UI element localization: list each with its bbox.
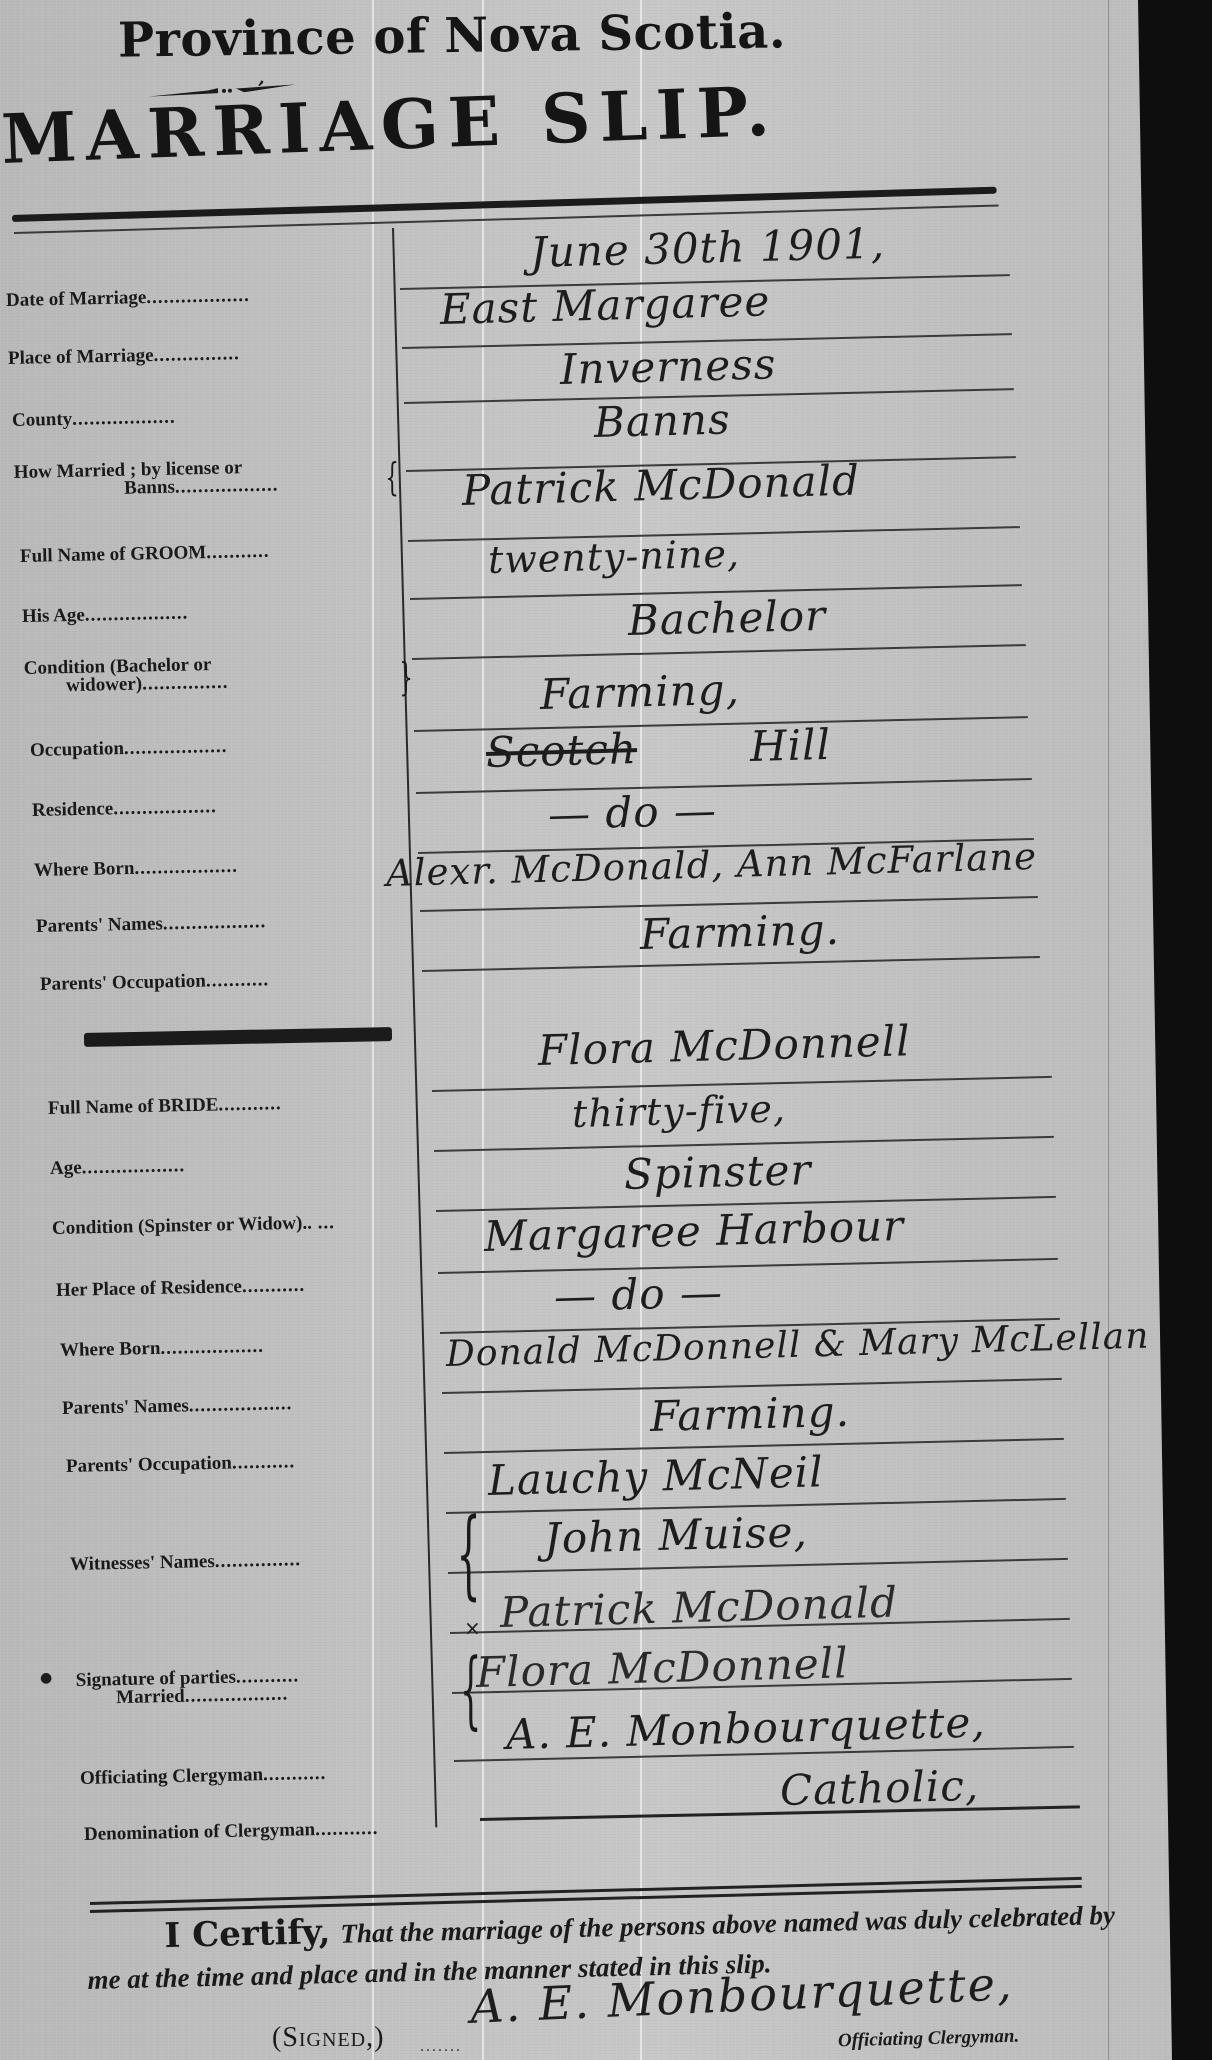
entry-rule: [438, 1258, 1058, 1274]
entry-bride-condition: Spinster: [623, 1145, 812, 1199]
label-bride-parents-occupation: Parents' Occupation...........: [66, 1453, 295, 1476]
signed-label: (Signed,): [272, 2022, 384, 2054]
entry-rule: [412, 644, 1026, 660]
label-how-married: How Married ; by license orBanns........…: [14, 458, 279, 500]
entry-groom-residence: Hill: [749, 720, 831, 771]
document-title: MARRIAGE SLIP.: [0, 72, 780, 180]
entry-witness-1: Lauchy McNeil: [487, 1447, 824, 1505]
signature-dots: .......: [420, 2038, 462, 2056]
header-rule: [12, 187, 997, 222]
entry-bride-full-name: Flora McDonnell: [537, 1016, 911, 1075]
label-groom-full-name: Full Name of GROOM...........: [20, 543, 270, 566]
marriage-slip-document: Province of Nova Scotia. , MARRIAGE SLIP…: [0, 0, 1212, 2060]
scan-streak: [1108, 0, 1109, 2060]
province-heading: Province of Nova Scotia.: [118, 3, 787, 68]
cross-mark-icon: ×: [464, 1616, 481, 1640]
entry-how-married: Banns: [593, 394, 731, 447]
entry-rule: [416, 778, 1032, 794]
label-groom-age: His Age..................: [22, 605, 189, 626]
entry-groom-age: twenty-nine,: [487, 531, 740, 582]
entry-groom-residence-struck: Scotch: [485, 724, 637, 777]
label-groom-parents-occupation: Parents' Occupation...........: [40, 971, 269, 994]
entry-place-of-marriage: East Margaree: [439, 276, 770, 334]
column-divider: [392, 228, 437, 1827]
brace-icon: }: [399, 655, 412, 699]
label-bride-full-name: Full Name of BRIDE...........: [48, 1095, 282, 1118]
entry-groom-where-born: — do —: [547, 786, 717, 839]
label-witnesses-names: Witnesses' Names...............: [70, 1551, 301, 1574]
entry-witness-2: John Muise,: [543, 1507, 808, 1563]
label-groom-condition: Condition (Bachelor orwidower)..........…: [24, 656, 229, 696]
entry-rule: [448, 1558, 1068, 1574]
brace-icon: {: [385, 455, 398, 499]
label-groom-occupation: Occupation..................: [30, 738, 228, 760]
entry-date-of-marriage: June 30th 1901,: [529, 219, 885, 277]
officiating-caption: Officiating Clergyman.: [838, 2026, 1020, 2053]
entry-groom-occupation: Farming,: [539, 665, 740, 719]
label-bride-parents-names: Parents' Names..................: [62, 1395, 293, 1418]
label-groom-residence: Residence..................: [32, 798, 217, 820]
label-groom-parents-names: Parents' Names..................: [36, 913, 267, 936]
entry-signature-bride: Flora McDonnell: [475, 1638, 849, 1697]
label-groom-where-born: Where Born..................: [34, 858, 238, 880]
entry-bride-parents-occupation: Farming.: [649, 1387, 850, 1441]
entry-groom-parents-occupation: Farming.: [639, 905, 840, 959]
entry-bride-parents-names: Donald McDonnell & Mary McLellan: [445, 1316, 1149, 1375]
certify-lead: I Certify,: [164, 1912, 331, 1956]
label-officiating-clergyman: Officiating Clergyman...........: [80, 1765, 327, 1788]
label-bride-where-born: Where Born..................: [60, 1338, 264, 1360]
label-bride-residence: Her Place of Residence...........: [56, 1277, 305, 1300]
label-bride-condition: Condition (Spinster or Widow).. ...: [52, 1214, 335, 1238]
section-divider-bar: [84, 1027, 392, 1047]
entry-signature-groom: Patrick McDonald: [499, 1578, 898, 1637]
bullet-icon: ●: [40, 1670, 52, 1686]
label-county: County..................: [12, 409, 176, 430]
label-place-of-marriage: Place of Marriage...............: [8, 345, 240, 368]
label-signature-parties: Signature of parties...........Married..…: [76, 1667, 300, 1708]
entry-bride-residence: Margaree Harbour: [483, 1201, 904, 1261]
entry-county: Inverness: [559, 339, 777, 394]
brace-icon: {: [456, 1498, 480, 1610]
entry-groom-full-name: Patrick McDonald: [461, 456, 860, 515]
label-date-of-marriage: Date of Marriage..................: [6, 287, 250, 310]
label-bride-age: Age..................: [50, 1157, 186, 1178]
entry-bride-age: thirty-five,: [571, 1086, 786, 1136]
entry-denomination: Catholic,: [779, 1761, 979, 1815]
entry-rule: [422, 956, 1040, 972]
label-denomination: Denomination of Clergyman...........: [84, 1820, 379, 1844]
entry-groom-condition: Bachelor: [627, 591, 826, 645]
entry-bride-where-born: — do —: [553, 1268, 723, 1321]
